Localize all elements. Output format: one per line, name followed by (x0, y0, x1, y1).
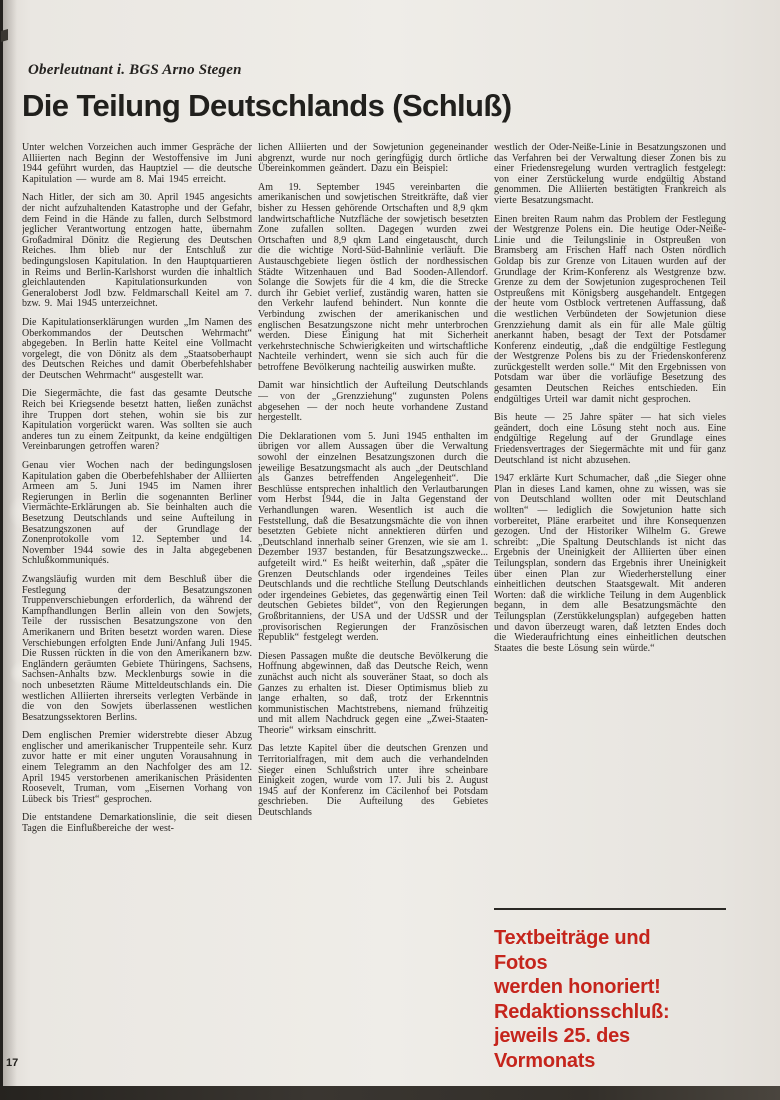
author-byline: Oberleutnant i. BGS Arno Stegen (28, 62, 588, 79)
editorial-notice: Textbeiträge und Fotos werden honoriert!… (494, 926, 756, 1073)
article-paragraph: Am 19. September 1945 vereinbarten die a… (258, 183, 488, 374)
page-edge-shadow (3, 0, 17, 1100)
text-column-2: lichen Alliierten und der Sowjetunion ge… (258, 143, 488, 1075)
article-paragraph: Die Deklarationen vom 5. Juni 1945 entha… (258, 432, 488, 644)
scan-artifact-corner (1, 29, 8, 42)
article-paragraph: Die Kapitulationserklärungen wurden „Im … (22, 318, 252, 382)
notice-line: Fotos (494, 951, 756, 976)
notice-line: Redaktionsschluß: (494, 1000, 756, 1025)
article-paragraph: Die entstandene Demarkationslinie, die s… (22, 813, 252, 834)
scanned-magazine-page: Oberleutnant i. BGS Arno Stegen Die Teil… (0, 0, 780, 1100)
article-paragraph: Einen breiten Raum nahm das Problem der … (494, 215, 726, 406)
article-title: Die Teilung Deutschlands (Schluß) (22, 88, 722, 124)
article-paragraph: Nach Hitler, der sich am 30. April 1945 … (22, 193, 252, 310)
article-paragraph: Damit war hinsichtlich der Aufteilung De… (258, 381, 488, 423)
scan-artifact-bottom-bar (0, 1086, 780, 1100)
article-paragraph: westlich der Oder-Neiße-Linie in Besatzu… (494, 143, 726, 207)
notice-line: werden honoriert! (494, 975, 756, 1000)
article-paragraph: Das letzte Kapitel über die deutschen Gr… (258, 744, 488, 818)
article-paragraph: 1947 erklärte Kurt Schumacher, daß „die … (494, 474, 726, 654)
article-paragraph: Unter welchen Vorzeichen auch immer Gesp… (22, 143, 252, 185)
notice-divider-rule (494, 908, 726, 910)
article-paragraph: Diesen Passagen mußte die deutsche Bevöl… (258, 652, 488, 737)
article-paragraph: Dem englischen Premier widerstrebte dies… (22, 731, 252, 805)
article-paragraph: Genau vier Wochen nach der bedingungslos… (22, 461, 252, 567)
article-paragraph: lichen Alliierten und der Sowjetunion ge… (258, 143, 488, 175)
notice-line: Textbeiträge und (494, 926, 756, 951)
text-column-1: Unter welchen Vorzeichen auch immer Gesp… (22, 143, 252, 1075)
notice-line: jeweils 25. des (494, 1024, 756, 1049)
text-column-3: westlich der Oder-Neiße-Linie in Besatzu… (494, 143, 726, 903)
article-paragraph: Zwangsläufig wurden mit dem Beschluß übe… (22, 575, 252, 723)
page-number: 17 (6, 1057, 18, 1069)
notice-line: Vormonats (494, 1049, 756, 1074)
article-paragraph: Die Siegermächte, die fast das gesamte D… (22, 389, 252, 453)
article-paragraph: Bis heute — 25 Jahre später — hat sich v… (494, 413, 726, 466)
